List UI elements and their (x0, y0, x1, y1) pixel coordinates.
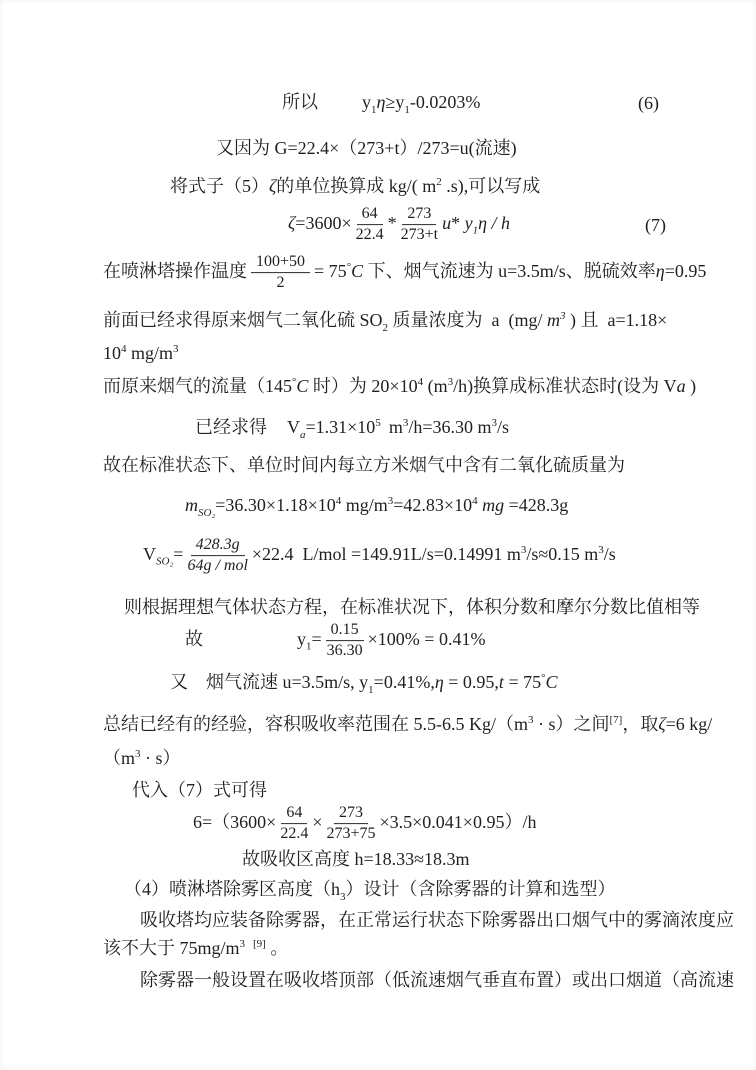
line-ideal-gas: 则根据理想气体状态方程，在标准状况下，体积分数和摩尔分数比值相等 (124, 595, 700, 619)
text-segment: y (297, 629, 306, 649)
text-segment: y (395, 92, 404, 112)
text-segment: 除雾器一般设置在吸收塔顶部（低流速烟气垂直布置）或出口烟道（高流速 (140, 970, 734, 990)
spacer (381, 432, 389, 433)
spacer (188, 687, 206, 688)
text-segment: m (185, 495, 198, 515)
text-segment: η (435, 672, 444, 692)
superscript: [9] (253, 938, 266, 950)
text-segment: 所以 (282, 92, 318, 112)
fraction-numerator: 428.3g (191, 536, 245, 556)
text-segment: V (143, 544, 156, 564)
line-parameters: 又烟气流速 u=3.5m/s, y1=0.41%,η = 0.95,t = 75… (170, 670, 558, 696)
text-segment: × (312, 812, 322, 832)
text-segment: · s）之间 (534, 714, 610, 734)
text-segment: a (677, 376, 686, 396)
equation-number: (7) (645, 213, 666, 237)
text-segment: 则根据理想气体状态方程，在标准状况下，体积分数和摩尔分数比值相等 (124, 597, 700, 617)
fraction-denominator: 22.4 (280, 825, 308, 844)
spacer (203, 644, 297, 645)
line-so2-concentration-cont: 104 mg/m3 (103, 341, 179, 365)
text-segment: = 75 (314, 261, 347, 281)
text-segment: =0.95 (665, 261, 707, 281)
text-segment: η (656, 261, 665, 281)
text-segment: -0.0203% (410, 92, 481, 112)
text-segment: /h=36.30 m (408, 417, 491, 437)
line-mso2: mSO₂=36.30×1.18×104 mg/m3=42.83×104 mg =… (185, 493, 568, 519)
line-absorption-rate-cont: （m3 · s） (103, 746, 181, 770)
text-segment: 的单位换算成 kg/( m (276, 176, 436, 196)
line-absorption-rate: 总结已经有的经验，容积吸收率范围在 5.5-6.5 Kg/（m3 · s）之间[… (103, 712, 712, 736)
text-segment: =42.83×10 (393, 495, 472, 515)
fraction-numerator: 64 (357, 205, 383, 225)
text-segment: ×22.4 L/mol =149.91L/s=0.14991 m (252, 544, 521, 564)
subscript: SO₂ (198, 507, 215, 519)
text-segment: m (389, 417, 403, 437)
text-segment: 烟气流速 u=3.5m/s, y (206, 672, 368, 692)
document-page: 所以y1η≥y1-0.0203%(6)又因为 G=22.4×（273+t）/27… (0, 0, 756, 1070)
line-unit-conversion: 将式子（5）ζ的单位换算成 kg/( m2 .s),可以写成 (170, 174, 540, 198)
text-segment: /h)换算成标准状态时(设为 V (453, 376, 677, 396)
line-vso2: VSO₂=428.3g64g / mol×22.4 L/mol =149.91L… (143, 536, 616, 576)
line-standard-state-intro: 故在标准状态下、单位时间内每立方米烟气中含有二氧化硫质量为 (103, 453, 625, 477)
text-segment: 故吸收区高度 h=18.33≈18.3m (242, 849, 470, 869)
line-formula-eq7: ζ=3600×6422.4*273273+tu* y1η / h(7) (288, 205, 510, 245)
text-segment: =3600× (295, 213, 351, 233)
fraction-denominator: 273+75 (326, 825, 375, 844)
fraction-denominator: 64g / mol (187, 557, 247, 576)
text-segment: u (442, 213, 451, 233)
text-segment: * (451, 213, 460, 233)
text-segment: 下、烟气流速为 u=3.5m/s、脱硫效率 (363, 261, 656, 281)
line-section4-heading: （4）喷淋塔除雾区高度（h3）设计（含除雾器的计算和选型） (124, 877, 616, 903)
superscript: 3 (173, 343, 179, 355)
text-segment: 该不大于 75mg/m (103, 938, 240, 958)
fraction-numerator: 273 (402, 205, 436, 225)
fraction: 6422.4 (356, 205, 384, 245)
text-segment: ) (686, 376, 697, 396)
text-segment: C (296, 376, 308, 396)
fraction-denominator: 2 (277, 274, 285, 293)
fraction-denominator: 22.4 (356, 226, 384, 245)
subscript: SO₂ (156, 556, 173, 568)
text-segment: = 0.95, (444, 672, 499, 692)
fraction: 0.1536.30 (326, 621, 364, 661)
spacer (245, 953, 253, 954)
fraction-numerator: 273 (334, 804, 368, 824)
text-segment: = 75 (504, 672, 541, 692)
fraction-numerator: 64 (281, 804, 307, 824)
line-operating-temp: 在喷淋塔操作温度100+502= 75°C 下、烟气流速为 u=3.5m/s、脱… (103, 253, 706, 293)
fraction: 100+502 (251, 253, 310, 293)
text-segment: C (546, 672, 558, 692)
text-segment: 前面已经求得原来烟气二氧化硫 SO (103, 310, 383, 330)
line-height-equation: 6=（3600×6422.4×273273+75×3.5×0.041×0.95）… (193, 804, 536, 844)
text-segment: =6 kg/ (666, 714, 713, 734)
text-segment: /s≈0.15 m (526, 544, 598, 564)
text-segment: 吸收塔均应装备除雾器，在正常运行状态下除雾器出口烟气中的雾滴浓度应 (140, 910, 734, 930)
fraction-numerator: 0.15 (326, 621, 364, 641)
superscript: [7] (610, 714, 623, 726)
text-segment: ）设计（含除雾器的计算和选型） (346, 879, 616, 899)
text-segment: 10 (103, 343, 121, 363)
text-segment: C (351, 261, 363, 281)
text-segment: * (388, 213, 397, 233)
equation-number: (6) (638, 91, 659, 115)
text-segment: · s） (141, 748, 181, 768)
text-segment: η / h (478, 213, 510, 233)
text-segment: 质量浓度为 a (mg/ (388, 310, 547, 330)
text-segment: 代入（7）式可得 (132, 780, 267, 800)
text-segment: 故在标准状态下、单位时间内每立方米烟气中含有二氧化硫质量为 (103, 455, 625, 475)
superscript: 5 (375, 417, 381, 429)
line-substitute-eq7: 代入（7）式可得 (132, 778, 267, 802)
line-demister-para2: 除雾器一般设置在吸收塔顶部（低流速烟气垂直布置）或出口烟道（高流速 (140, 968, 734, 992)
text-segment: .s),可以写成 (442, 176, 541, 196)
text-segment: V (287, 417, 300, 437)
text-segment: 。 (266, 938, 289, 958)
fraction-numerator: 100+50 (251, 253, 310, 273)
text-segment: = (312, 629, 322, 649)
fraction: 428.3g64g / mol (187, 536, 247, 576)
text-segment: =0.41%, (374, 672, 435, 692)
text-segment: ×100% = 0.41% (368, 629, 486, 649)
text-segment: =1.31×10 (306, 417, 376, 437)
text-segment: =36.30×1.18×10 (215, 495, 335, 515)
fraction-denominator: 273+t (401, 226, 438, 245)
text-segment: = (173, 544, 183, 564)
text-segment: ) 且 a=1.18× (566, 310, 668, 330)
fraction: 273273+t (401, 205, 438, 245)
spacer (318, 107, 362, 108)
text-segment: （4）喷淋塔除雾区高度（h (124, 879, 340, 899)
text-segment: 已经求得 (195, 417, 267, 437)
fraction-denominator: 36.30 (327, 642, 363, 661)
text-segment: m (547, 310, 560, 330)
fraction: 6422.4 (280, 804, 308, 844)
text-segment: 总结已经有的经验，容积吸收率范围在 5.5-6.5 Kg/（m (103, 714, 528, 734)
line-because-G: 又因为 G=22.4×（273+t）/273=u(流速) (216, 136, 517, 160)
line-demister-para1-cont: 该不大于 75mg/m3[9] 。 (103, 936, 288, 960)
text-segment: =428.3g (504, 495, 568, 515)
line-therefore-eq6: 所以y1η≥y1-0.0203%(6) (282, 90, 480, 116)
text-segment: （m (103, 748, 135, 768)
line-y1-calc: 故y1=0.1536.30×100% = 0.41% (185, 621, 485, 661)
text-segment: 又 (170, 672, 188, 692)
text-segment: ，取 (622, 714, 658, 734)
text-segment: ≥ (385, 92, 395, 112)
text-segment: mg/m (127, 343, 174, 363)
text-segment: 时）为 20×10 (308, 376, 417, 396)
line-va-value: 已经求得Va=1.31×105m3/h=36.30 m3/s (195, 415, 509, 441)
text-segment: 在喷淋塔操作温度 (103, 261, 247, 281)
text-segment: 将式子（5） (170, 176, 269, 196)
text-segment: ×3.5×0.041×0.95）/h (380, 812, 537, 832)
text-segment: mg (478, 495, 505, 515)
line-flue-gas-flow: 而原来烟气的流量（145°C 时）为 20×104 (m3/h)换算成标准状态时… (103, 374, 696, 398)
text-segment: 6=（3600× (193, 812, 276, 832)
text-segment: 故 (185, 629, 203, 649)
text-segment: (m (423, 376, 448, 396)
text-segment: /s (497, 417, 509, 437)
fraction: 273273+75 (326, 804, 375, 844)
text-segment: 又因为 G=22.4×（273+t）/273=u(流速) (216, 138, 517, 158)
text-segment: 而原来烟气的流量（145 (103, 376, 292, 396)
line-demister-para1: 吸收塔均应装备除雾器，在正常运行状态下除雾器出口烟气中的雾滴浓度应 (140, 908, 734, 932)
text-segment: y (460, 213, 473, 233)
text-segment: ζ (658, 714, 665, 734)
spacer (267, 432, 287, 433)
text-segment: mg/m (341, 495, 388, 515)
text-segment: /s (604, 544, 616, 564)
superscript: 3 (240, 938, 246, 950)
text-segment: y (362, 92, 371, 112)
line-absorption-height: 故吸收区高度 h=18.33≈18.3m (242, 847, 470, 871)
line-so2-concentration: 前面已经求得原来烟气二氧化硫 SO2 质量浓度为 a (mg/ m3 ) 且 a… (103, 308, 667, 334)
